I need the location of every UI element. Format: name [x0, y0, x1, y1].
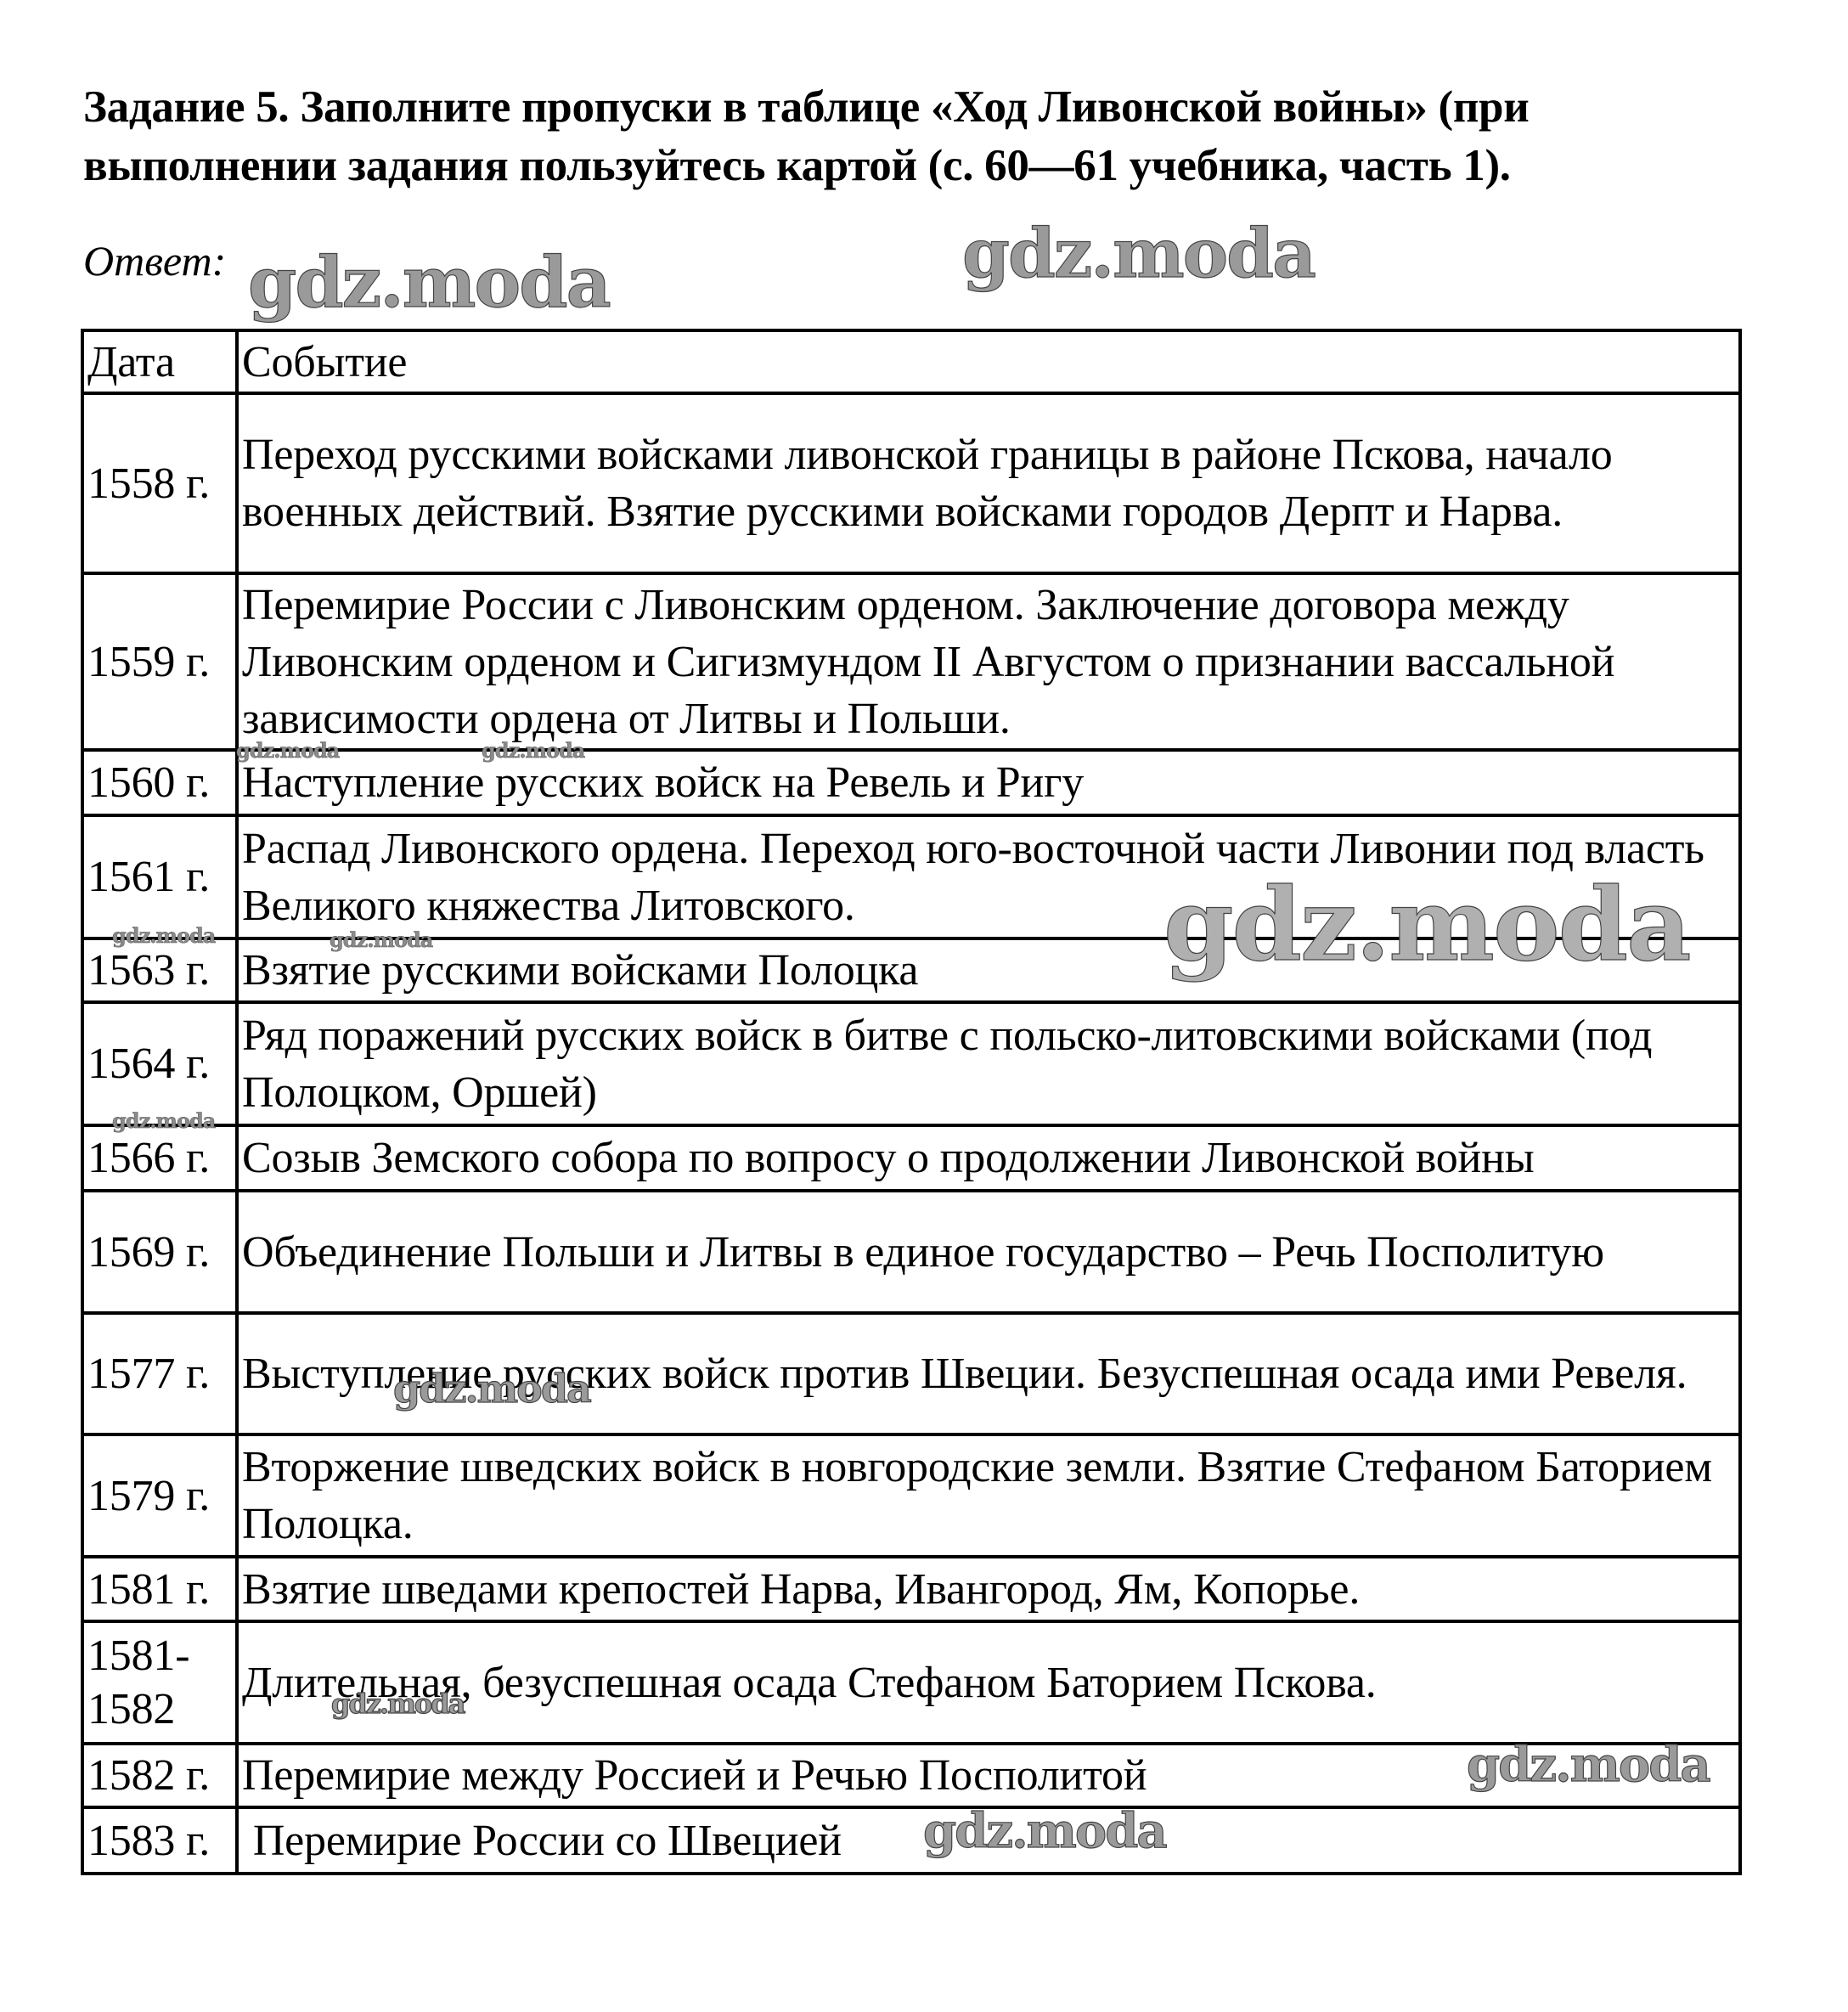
- table-row: 1569 г.Объединение Польши и Литвы в един…: [82, 1191, 1740, 1313]
- watermark: gdz.moda: [248, 248, 610, 318]
- answer-label: Ответ:: [83, 236, 226, 285]
- row-event: Переход русскими войсками ливонской гран…: [237, 393, 1740, 573]
- row-event: Перемирие между Россией и Речью Посполит…: [237, 1744, 1740, 1807]
- row-event: Вторжение шведских войск в новгородские …: [237, 1434, 1740, 1557]
- row-date: 1582 г.: [82, 1744, 237, 1807]
- table-row: 1560 г.Наступление русских войск на Реве…: [82, 750, 1740, 815]
- row-date: 1561 г.: [82, 815, 237, 938]
- header-date: Дата: [82, 330, 237, 393]
- table-row: 1583 г. Перемирие России со Швецией: [82, 1807, 1740, 1874]
- table-header-row: Дата Событие: [82, 330, 1740, 393]
- row-date: 1569 г.: [82, 1191, 237, 1313]
- table-row: 1558 г.Переход русскими войсками ливонск…: [82, 393, 1740, 573]
- row-event: Перемирие России со Швецией: [237, 1807, 1740, 1874]
- row-date: 1559 г.: [82, 573, 237, 750]
- row-date: 1564 г.: [82, 1002, 237, 1125]
- table-row: 1559 г.Перемирие России с Ливонским орде…: [82, 573, 1740, 750]
- row-event: Созыв Земского собора по вопросу о продо…: [237, 1125, 1740, 1191]
- table-row: 1581- 1582Длительная, безуспешная осада …: [82, 1621, 1740, 1744]
- row-event: Перемирие России с Ливонским орденом. За…: [237, 573, 1740, 750]
- row-event: Выступление русских войск против Швеции.…: [237, 1313, 1740, 1434]
- row-event: Ряд поражений русских войск в битве с по…: [237, 1002, 1740, 1125]
- task-title: Задание 5. Заполните пропуски в таблице …: [83, 78, 1782, 195]
- row-event: Объединение Польши и Литвы в единое госу…: [237, 1191, 1740, 1313]
- table-row: 1566 г.Созыв Земского собора по вопросу …: [82, 1125, 1740, 1191]
- table-row: 1581 г.Взятие шведами крепостей Нарва, И…: [82, 1557, 1740, 1621]
- table-row: 1561 г.Распад Ливонского ордена. Переход…: [82, 815, 1740, 938]
- row-event: Длительная, безуспешная осада Стефаном Б…: [237, 1621, 1740, 1744]
- row-event: Взятие русскими войсками Полоцка: [237, 938, 1740, 1002]
- row-date: 1579 г.: [82, 1434, 237, 1557]
- livonian-war-table: Дата Событие 1558 г.Переход русскими вой…: [81, 329, 1742, 1875]
- row-event: Взятие шведами крепостей Нарва, Ивангоро…: [237, 1557, 1740, 1621]
- table-row: 1564 г.Ряд поражений русских войск в бит…: [82, 1002, 1740, 1125]
- watermark: gdz.moda: [962, 219, 1315, 287]
- row-event: Наступление русских войск на Ревель и Ри…: [237, 750, 1740, 815]
- row-date: 1566 г.: [82, 1125, 237, 1191]
- task-title-line-1: Задание 5. Заполните пропуски в таблице …: [83, 78, 1782, 137]
- row-date: 1583 г.: [82, 1807, 237, 1874]
- table-row: 1577 г.Выступление русских войск против …: [82, 1313, 1740, 1434]
- table-row: 1582 г.Перемирие между Россией и Речью П…: [82, 1744, 1740, 1807]
- header-event: Событие: [237, 330, 1740, 393]
- row-date: 1563 г.: [82, 938, 237, 1002]
- table-row: 1579 г.Вторжение шведских войск в новгор…: [82, 1434, 1740, 1557]
- row-event: Распад Ливонского ордена. Переход юго-во…: [237, 815, 1740, 938]
- row-date: 1558 г.: [82, 393, 237, 573]
- row-date: 1560 г.: [82, 750, 237, 815]
- row-date: 1581 г.: [82, 1557, 237, 1621]
- row-date: 1581- 1582: [82, 1621, 237, 1744]
- row-date: 1577 г.: [82, 1313, 237, 1434]
- table-row: 1563 г.Взятие русскими войсками Полоцка: [82, 938, 1740, 1002]
- task-title-line-2: выполнении задания пользуйтесь картой (с…: [83, 137, 1782, 195]
